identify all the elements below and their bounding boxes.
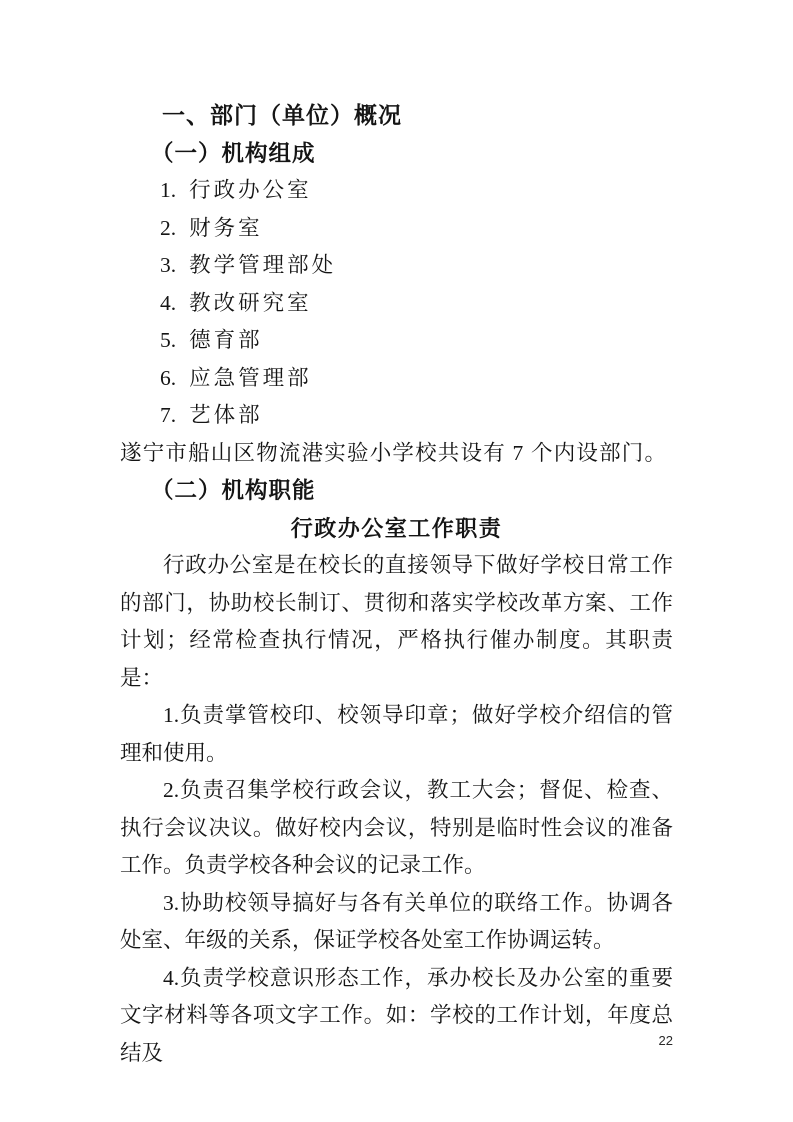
- duty-paragraph-2: 2.负责召集学校行政会议，教工大会；督促、检查、执行会议决议。做好校内会议，特别…: [120, 772, 673, 885]
- org-item-number: 5.: [160, 322, 176, 360]
- org-list-item: 2.财务室: [120, 210, 673, 248]
- document-page: 一、部门（单位）概况 （一）机构组成 1.行政办公室 2.财务室 3.教学管理部…: [0, 0, 793, 1122]
- org-item-number: 6.: [160, 360, 176, 398]
- org-item-name: 行政办公室: [189, 178, 312, 202]
- org-item-name: 教学管理部处: [189, 253, 336, 277]
- duty-paragraph-intro: 行政办公室是在校长的直接领导下做好学校日常工作的部门，协助校长制订、贯彻和落实学…: [120, 547, 673, 697]
- duty-paragraph-1: 1.负责掌管校印、校领导印章；做好学校介绍信的管理和使用。: [120, 697, 673, 772]
- org-item-name: 应急管理部: [189, 366, 312, 390]
- section-heading: 一、部门（单位）概况: [120, 97, 673, 135]
- document-content: 一、部门（单位）概况 （一）机构组成 1.行政办公室 2.财务室 3.教学管理部…: [120, 97, 673, 1072]
- org-item-name: 教改研究室: [189, 291, 312, 315]
- org-item-number: 2.: [160, 210, 176, 248]
- org-list-item: 7.艺体部: [120, 397, 673, 435]
- org-item-name: 德育部: [189, 328, 263, 352]
- duty-paragraph-3: 3.协助校领导搞好与各有关单位的联络工作。协调各处室、年级的关系，保证学校各处室…: [120, 885, 673, 960]
- org-list-item: 4.教改研究室: [120, 285, 673, 323]
- org-item-name: 财务室: [189, 216, 263, 240]
- org-structure-heading: （一）机构组成: [120, 135, 673, 173]
- duty-title: 行政办公室工作职责: [120, 510, 673, 548]
- page-number: 22: [659, 1032, 673, 1050]
- org-item-number: 1.: [160, 172, 176, 210]
- org-item-number: 4.: [160, 285, 176, 323]
- org-list-item: 5.德育部: [120, 322, 673, 360]
- org-list-item: 6.应急管理部: [120, 360, 673, 398]
- duty-paragraph-4: 4.负责学校意识形态工作，承办校长及办公室的重要文字材料等各项文字工作。如：学校…: [120, 960, 673, 1073]
- org-structure-summary: 遂宁市船山区物流港实验小学校共设有 7 个内设部门。: [120, 435, 673, 473]
- org-list: 1.行政办公室 2.财务室 3.教学管理部处 4.教改研究室 5.德育部 6.应…: [120, 172, 673, 435]
- org-item-number: 3.: [160, 247, 176, 285]
- org-item-name: 艺体部: [189, 403, 263, 427]
- org-list-item: 3.教学管理部处: [120, 247, 673, 285]
- org-item-number: 7.: [160, 397, 176, 435]
- org-list-item: 1.行政办公室: [120, 172, 673, 210]
- org-functions-heading: （二）机构职能: [120, 472, 673, 510]
